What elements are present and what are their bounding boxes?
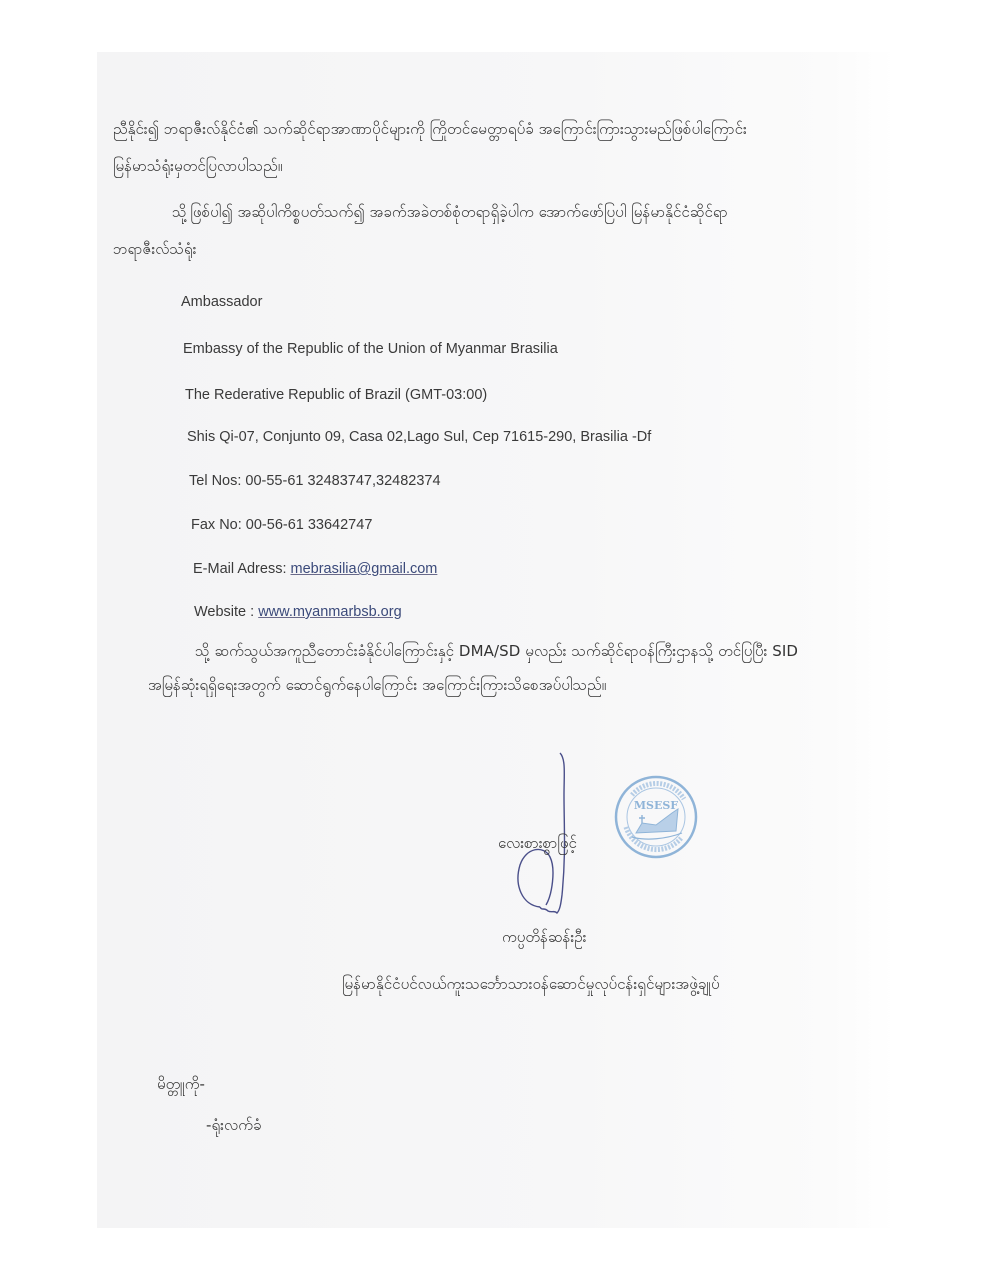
contact-address: Shis Qi-07, Conjunto 09, Casa 02,Lago Su… — [187, 429, 651, 445]
paragraph-3-line-1: သို့ ဆက်သွယ်အကူညီတောင်းခံနိုင်ပါကြောင်းန… — [195, 642, 798, 664]
paragraph-2-line-1: သို့ဖြစ်ပါ၍ အဆိုပါကိစ္စပတ်သက်၍ အခက်အခဲတစ… — [172, 203, 728, 225]
contact-website-row: Website : www.myanmarbsb.org — [194, 604, 402, 620]
paragraph-1-line-2: မြန်မာသံရုံးမှတင်ပြလာပါသည်။ — [113, 157, 282, 179]
copy-to-item: -ရုံးလက်ခံ — [206, 1116, 262, 1138]
signatory-title: ကပ္ပတိန်ဆန်းဦး — [502, 928, 587, 950]
contact-country: The Rederative Republic of Brazil (GMT-0… — [185, 387, 487, 403]
contact-tel: Tel Nos: 00-55-61 32483747,32482374 — [189, 473, 441, 489]
contact-embassy: Embassy of the Republic of the Union of … — [183, 341, 558, 357]
signatory-closing: လေးစားစွာဖြင့် — [498, 834, 577, 856]
website-label: Website : — [194, 604, 258, 620]
paragraph-3-line-2: အမြန်ဆုံးရရှိရေးအတွက် ဆောင်ရွက်နေပါကြောင… — [148, 676, 606, 698]
email-label: E-Mail Adress: — [193, 561, 291, 577]
organization-name: မြန်မာနိုင်ငံပင်လယ်ကူးသင်္ဘောသားဝန်ဆောင်… — [342, 975, 720, 997]
contact-title: Ambassador — [181, 294, 262, 310]
website-link[interactable]: www.myanmarbsb.org — [258, 604, 401, 620]
organization-seal-icon: MSESF — [612, 775, 700, 859]
svg-text:MSESF: MSESF — [634, 799, 678, 812]
copy-to-label: မိတ္တူကို- — [157, 1075, 205, 1097]
email-link[interactable]: mebrasilia@gmail.com — [291, 561, 438, 577]
scanned-page — [97, 52, 895, 1228]
contact-fax: Fax No: 00-56-61 33642747 — [191, 517, 372, 533]
paragraph-2-line-2: ဘရာဇီးလ်သံရုံး — [113, 240, 197, 262]
paragraph-1-line-1: ညီနိုင်း၍ ဘရာဇီးလ်နိုင်ငံ၏ သက်ဆိုင်ရာအာဏ… — [113, 120, 747, 142]
contact-email-row: E-Mail Adress: mebrasilia@gmail.com — [193, 561, 437, 577]
